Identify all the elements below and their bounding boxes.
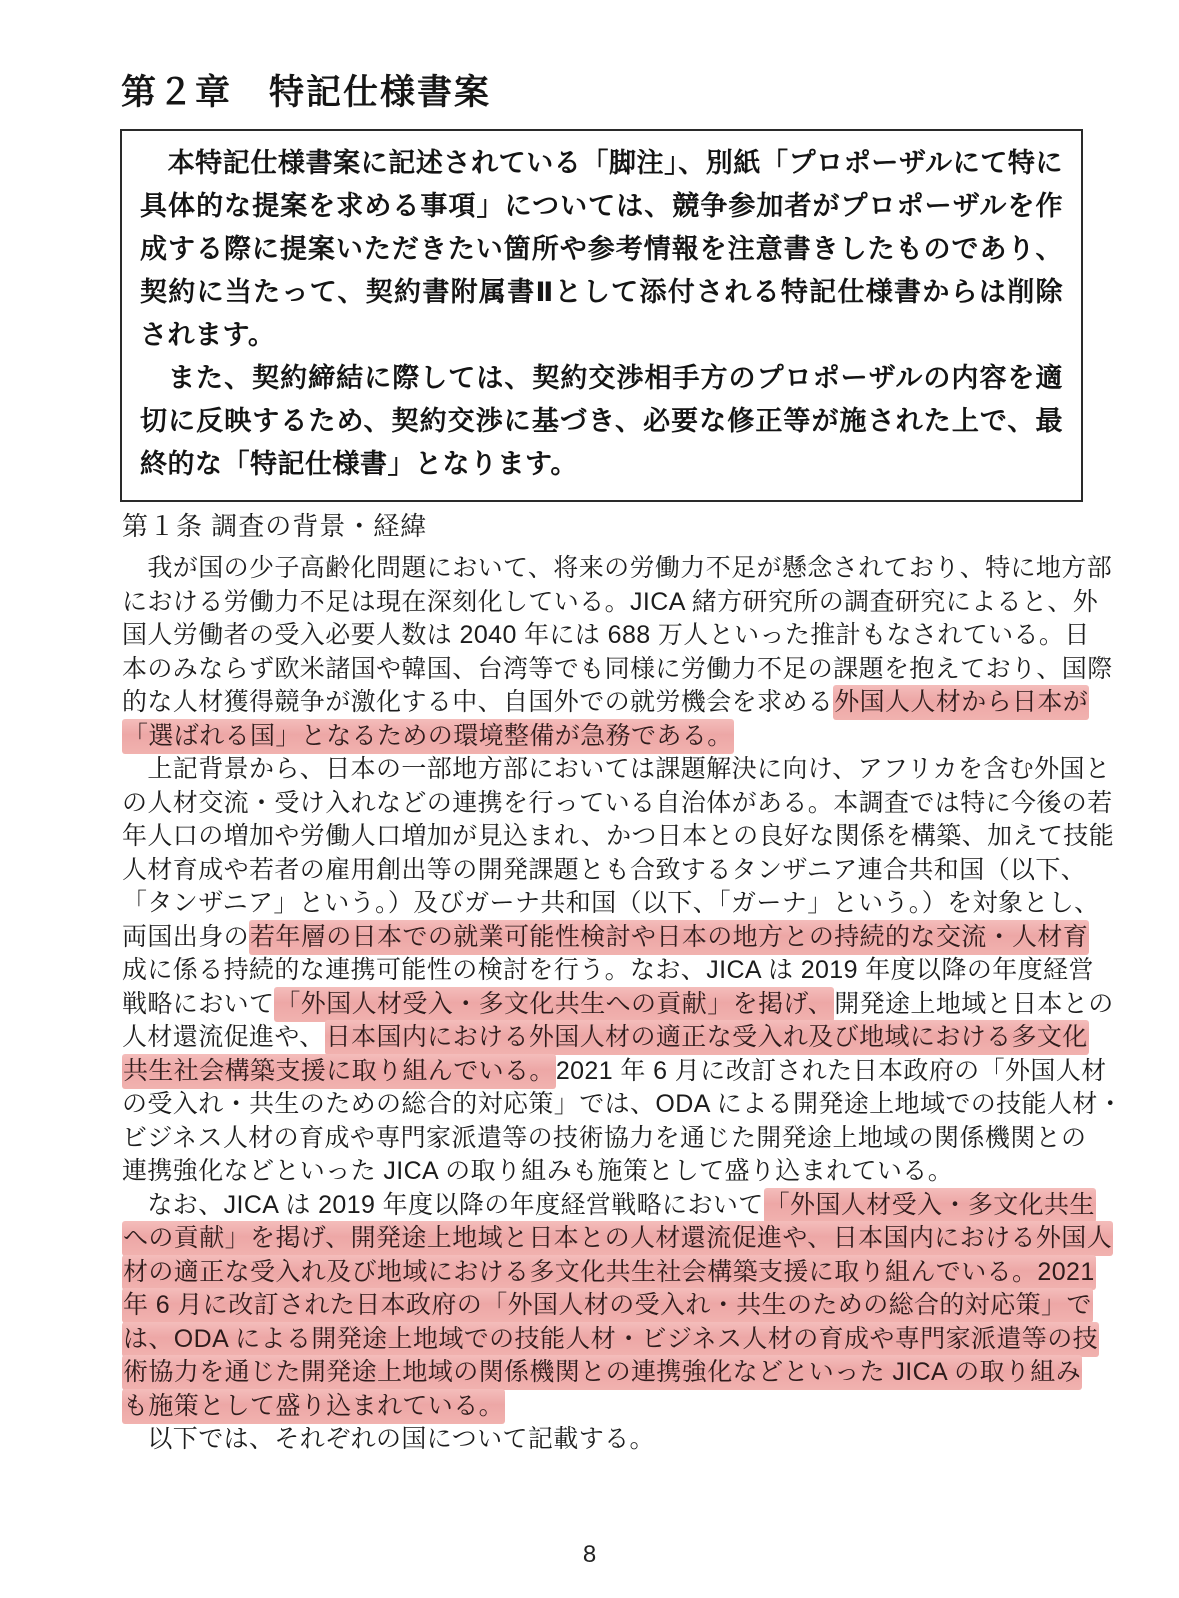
highlighted-text: への貢献」を掲げ、開発途上地域と日本との人材還流促進や、日本国内における外国人 [122, 1221, 1113, 1256]
body-line: も施策として盛り込まれている。 [122, 1390, 1112, 1424]
body-line: への貢献」を掲げ、開発途上地域と日本との人材還流促進や、日本国内における外国人 [122, 1222, 1112, 1256]
plain-text: 「タンザニア」という。）及びガーナ共和国（以下、「ガーナ」という。）を対象とし、 [122, 889, 1100, 917]
highlighted-text: 「外国人材受入・多文化共生 [764, 1188, 1096, 1223]
highlighted-text: 「外国人材受入・多文化共生への貢献」を掲げ、 [274, 987, 834, 1022]
body-line: 上記背景から、日本の一部地方部においては課題解決に向け、アフリカを含む外国と [122, 753, 1112, 787]
highlighted-text: 「選ばれる国」となるための環境整備が急務である。 [122, 719, 734, 754]
plain-text: なお、JICA は 2019 年度以降の年度経営戦略において [122, 1191, 764, 1219]
plain-text: 本のみならず欧米諸国や韓国、台湾等でも同様に労働力不足の課題を抱えており、国際 [122, 655, 1113, 683]
plain-text: 2021 年 6 月に改訂された日本政府の「外国人材 [556, 1057, 1107, 1085]
plain-text: 人材育成や若者の雇用創出等の開発課題とも合致するタンザニア連合共和国（以下、 [122, 856, 1086, 884]
highlighted-text: も施策として盛り込まれている。 [122, 1389, 505, 1424]
plain-text: 的な人材獲得競争が激化する中、自国外での就労機会を求める [122, 688, 833, 716]
body-text: 我が国の少子高齢化問題において、将来の労働力不足が懸念されており、特に地方部にお… [122, 552, 1112, 1457]
plain-text: 戦略において [122, 990, 274, 1018]
body-line: 連携強化などといった JICA の取り組みも施策として盛り込まれている。 [122, 1155, 1112, 1189]
body-line: 共生社会構築支援に取り組んでいる。2021 年 6 月に改訂された日本政府の「外… [122, 1055, 1112, 1089]
body-line: 戦略において「外国人材受入・多文化共生への貢献」を掲げ、開発途上地域と日本との [122, 988, 1112, 1022]
chapter-title: 第２章 特記仕様書案 [121, 65, 491, 115]
body-line: 年 6 月に改訂された日本政府の「外国人材の受入れ・共生のための総合的対応策」で [122, 1289, 1112, 1323]
body-line: なお、JICA は 2019 年度以降の年度経営戦略において「外国人材受入・多文… [122, 1189, 1112, 1223]
highlighted-text: 外国人人材から日本が [833, 685, 1089, 720]
notice-paragraph: また、契約締結に際しては、契約交渉相手方のプロポーザルの内容を適切に反映するため… [140, 357, 1063, 486]
body-line: 本のみならず欧米諸国や韓国、台湾等でも同様に労働力不足の課題を抱えており、国際 [122, 653, 1112, 687]
plain-text: 年人口の増加や労働人口増加が見込まれ、かつ日本との良好な関係を構築、加えて技能 [122, 822, 1114, 850]
body-line: 「タンザニア」という。）及びガーナ共和国（以下、「ガーナ」という。）を対象とし、 [122, 887, 1112, 921]
plain-text: における労働力不足は現在深刻化している。JICA 緒方研究所の調査研究によると、… [122, 588, 1098, 616]
plain-text: 成に係る持続的な連携可能性の検討を行う。なお、JICA は 2019 年度以降の… [122, 956, 1094, 984]
notice-paragraph: 本特記仕様書案に記述されている「脚注」、別紙「プロポーザルにて特に具体的な提案を… [140, 142, 1063, 357]
plain-text: 上記背景から、日本の一部地方部においては課題解決に向け、アフリカを含む外国と [122, 755, 1110, 783]
highlighted-text: は、ODA による開発途上地域での技能人材・ビジネス人材の育成や専門家派遣等の技 [122, 1322, 1099, 1357]
section-heading: 第１条 調査の背景・経緯 [122, 506, 427, 543]
highlighted-text: 年 6 月に改訂された日本政府の「外国人材の受入れ・共生のための総合的対応策」で [122, 1288, 1093, 1323]
plain-text: 人材還流促進や、 [122, 1023, 325, 1051]
body-line: 人材還流促進や、日本国内における外国人材の適正な受入れ及び地域における多文化 [122, 1021, 1112, 1055]
plain-text: 以下では、それぞれの国について記載する。 [122, 1425, 655, 1453]
body-line: 我が国の少子高齢化問題において、将来の労働力不足が懸念されており、特に地方部 [122, 552, 1112, 586]
plain-text: 連携強化などといった JICA の取り組みも施策として盛り込まれている。 [122, 1157, 953, 1185]
body-line: 的な人材獲得競争が激化する中、自国外での就労機会を求める外国人人材から日本が [122, 686, 1112, 720]
highlighted-text: 若年層の日本での就業可能性検討や日本の地方との持続的な交流・人材育 [249, 920, 1089, 955]
body-line: は、ODA による開発途上地域での技能人材・ビジネス人材の育成や専門家派遣等の技 [122, 1323, 1112, 1357]
body-line: 術協力を通じた開発途上地域の関係機関との連携強化などといった JICA の取り組… [122, 1356, 1112, 1390]
body-line: 成に係る持続的な連携可能性の検討を行う。なお、JICA は 2019 年度以降の… [122, 954, 1112, 988]
plain-text: の受入れ・共生のための総合的対応策」では、ODA による開発途上地域での技能人材… [122, 1090, 1123, 1118]
body-line: の人材交流・受け入れなどの連携を行っている自治体がある。本調査では特に今後の若 [122, 787, 1112, 821]
highlighted-text: 日本国内における外国人材の適正な受入れ及び地域における多文化 [325, 1020, 1089, 1055]
body-line: における労働力不足は現在深刻化している。JICA 緒方研究所の調査研究によると、… [122, 586, 1112, 620]
body-line: 国人労働者の受入必要人数は 2040 年には 688 万人といった推計もなされて… [122, 619, 1112, 653]
highlighted-text: 材の適正な受入れ及び地域における多文化共生社会構築支援に取り組んでいる。2021 [122, 1255, 1096, 1290]
body-line: 年人口の増加や労働人口増加が見込まれ、かつ日本との良好な関係を構築、加えて技能 [122, 820, 1112, 854]
body-line: ビジネス人材の育成や専門家派遣等の技術協力を通じた開発途上地域の関係機関との [122, 1122, 1112, 1156]
plain-text: 開発途上地域と日本との [834, 990, 1113, 1018]
highlighted-text: 共生社会構築支援に取り組んでいる。 [122, 1054, 556, 1089]
plain-text: の人材交流・受け入れなどの連携を行っている自治体がある。本調査では特に今後の若 [122, 789, 1113, 817]
plain-text: 国人労働者の受入必要人数は 2040 年には 688 万人といった推計もなされて… [122, 621, 1090, 649]
plain-text: 両国出身の [122, 923, 249, 951]
page-number: 8 [0, 1541, 1179, 1569]
body-line: の受入れ・共生のための総合的対応策」では、ODA による開発途上地域での技能人材… [122, 1088, 1112, 1122]
highlighted-text: 術協力を通じた開発途上地域の関係機関との連携強化などといった JICA の取り組… [122, 1355, 1082, 1390]
body-line: 材の適正な受入れ及び地域における多文化共生社会構築支援に取り組んでいる。2021 [122, 1256, 1112, 1290]
plain-text: ビジネス人材の育成や専門家派遣等の技術協力を通じた開発途上地域の関係機関との [122, 1124, 1086, 1152]
plain-text: 我が国の少子高齢化問題において、将来の労働力不足が懸念されており、特に地方部 [122, 554, 1112, 582]
body-line: 「選ばれる国」となるための環境整備が急務である。 [122, 720, 1112, 754]
notice-box: 本特記仕様書案に記述されている「脚注」、別紙「プロポーザルにて特に具体的な提案を… [120, 129, 1083, 502]
document-page: 第２章 特記仕様書案 本特記仕様書案に記述されている「脚注」、別紙「プロポーザル… [0, 0, 1179, 1598]
body-line: 人材育成や若者の雇用創出等の開発課題とも合致するタンザニア連合共和国（以下、 [122, 854, 1112, 888]
body-line: 以下では、それぞれの国について記載する。 [122, 1423, 1112, 1457]
body-line: 両国出身の若年層の日本での就業可能性検討や日本の地方との持続的な交流・人材育 [122, 921, 1112, 955]
